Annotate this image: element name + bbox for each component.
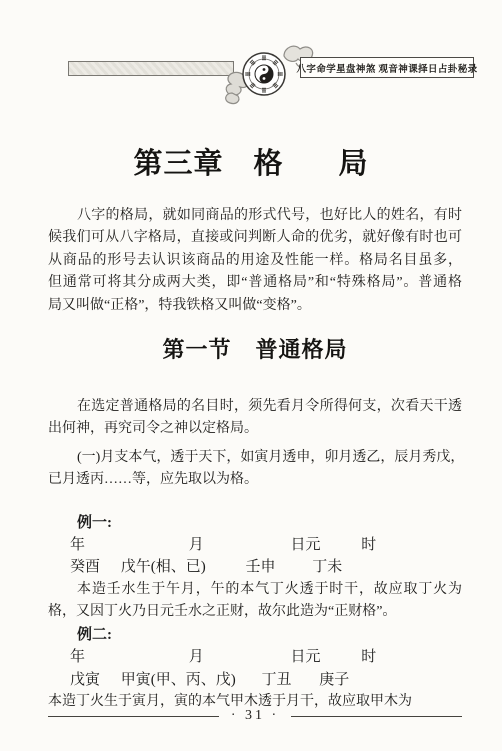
header-decoration: 八字命学星盘神煞 观音神课择日占卦秘录 xyxy=(48,45,472,107)
pillar-column-hour: 时 xyxy=(361,646,376,668)
example-2: 例二: 年 月 日元 时 戊寅 甲寅(甲、丙、戊) 丁丑 庚子 本造丁火生于寅月… xyxy=(48,624,462,714)
body-line: 局又叫做“正格”，特我铁格又叫做“变格”。 xyxy=(48,295,462,317)
pillar-cell: 庚子 xyxy=(319,669,349,691)
pillar-cell: 癸酉 xyxy=(70,556,100,578)
pillar-column-day: 日元 xyxy=(291,646,321,668)
pillar-column-hour: 时 xyxy=(361,534,376,556)
body-line: 从商品的形号去认识该商品的用途及性能一样。格局名目虽多， xyxy=(48,250,462,272)
pillar-column-year: 年 xyxy=(70,534,85,556)
paragraph-rule-one: (一)月支本气，透于天下，如寅月透申，卯月透乙，辰月秀戊， 已月透丙……等，应先… xyxy=(48,447,462,492)
body-line: 但通常可将其分成两大类，即“普通格局”和“特殊格局”。普通格 xyxy=(48,272,462,294)
paragraph-method: 在选定普通格局的名目时，须先看月令所得何支，次看天干透 出何神，再究司令之神以定… xyxy=(48,396,462,441)
pillar-cell: 丁丑 xyxy=(262,669,292,691)
footer-rule-right xyxy=(291,716,462,717)
section-title: 第一节 普通格局 xyxy=(48,333,462,364)
pillar-cell: 戊午(相、已) xyxy=(121,556,206,578)
pillar-header-row: 年 月 日元 时 xyxy=(48,646,462,668)
body-line: (一)月支本气，透于天下，如寅月透申，卯月透乙，辰月秀戊， xyxy=(48,447,462,469)
pillar-cell: 戊寅 xyxy=(70,669,100,691)
ornament-band xyxy=(68,61,234,76)
pillar-value-row: 癸酉 戊午(相、已) 壬申 丁未 xyxy=(48,556,462,578)
pillar-column-month: 月 xyxy=(189,646,204,668)
chapter-title-char-1: 格 xyxy=(253,141,283,182)
body-line: 候我们可从八字格局，直接或问判断人命的优劣，就好像有时也可 xyxy=(48,227,462,249)
pillar-value-row: 戊寅 甲寅(甲、丙、戊) 丁丑 庚子 xyxy=(48,669,462,691)
chapter-title-char-2: 局 xyxy=(339,141,369,182)
example-2-label: 例二: xyxy=(48,624,462,646)
edition-banner-text: 八字命学星盘神煞 观音神课择日占卦秘录 xyxy=(297,61,478,75)
page-footer: · 31 · xyxy=(48,706,462,726)
pillar-header-row: 年 月 日元 时 xyxy=(48,534,462,556)
chapter-title: 第三章 格 局 xyxy=(0,141,502,182)
book-page: 八字命学星盘神煞 观音神课择日占卦秘录 第三章 格 局 八字的格局，就如同商品的… xyxy=(0,0,502,751)
body-line: 出何神，再究司令之神以定格局。 xyxy=(48,418,462,440)
example-1-label: 例一: xyxy=(48,512,462,534)
body-line: 已月透丙……等，应先取以为格。 xyxy=(48,469,462,491)
example-1: 例一: 年 月 日元 时 癸酉 戊午(相、已) 壬申 丁未 本造壬水生于午月，午… xyxy=(48,512,462,624)
body-line: 格，又因丁火乃日元壬水之正财，故尔此造为“正财格”。 xyxy=(48,601,462,623)
page-number: · 31 · xyxy=(231,708,279,724)
edition-banner: 八字命学星盘神煞 观音神课择日占卦秘录 xyxy=(300,57,474,78)
body-line: 在选定普通格局的名目时，须先看月令所得何支，次看天干透 xyxy=(48,396,462,418)
body-line: 本造壬水生于午月，午的本气丁火透于时干，故应取丁火为 xyxy=(48,579,462,601)
body-line: 八字的格局，就如同商品的形式代号，也好比人的姓名，有时 xyxy=(48,205,462,227)
section-title-text: 普通格局 xyxy=(256,333,348,364)
pillar-column-year: 年 xyxy=(70,646,85,668)
footer-rule-left xyxy=(48,716,219,717)
pillar-column-day: 日元 xyxy=(291,534,321,556)
paragraph-intro: 八字的格局，就如同商品的形式代号，也好比人的姓名，有时 候我们可从八字格局，直接… xyxy=(48,205,462,317)
pillar-cell: 壬申 xyxy=(246,556,276,578)
pillar-column-month: 月 xyxy=(189,534,204,556)
page-body: 八字的格局，就如同商品的形式代号，也好比人的姓名，有时 候我们可从八字格局，直接… xyxy=(48,205,462,713)
section-number: 第一节 xyxy=(162,333,231,364)
pillar-cell: 丁未 xyxy=(312,556,342,578)
chapter-number: 第三章 xyxy=(133,141,223,182)
pillar-cell: 甲寅(甲、丙、戊) xyxy=(121,669,236,691)
